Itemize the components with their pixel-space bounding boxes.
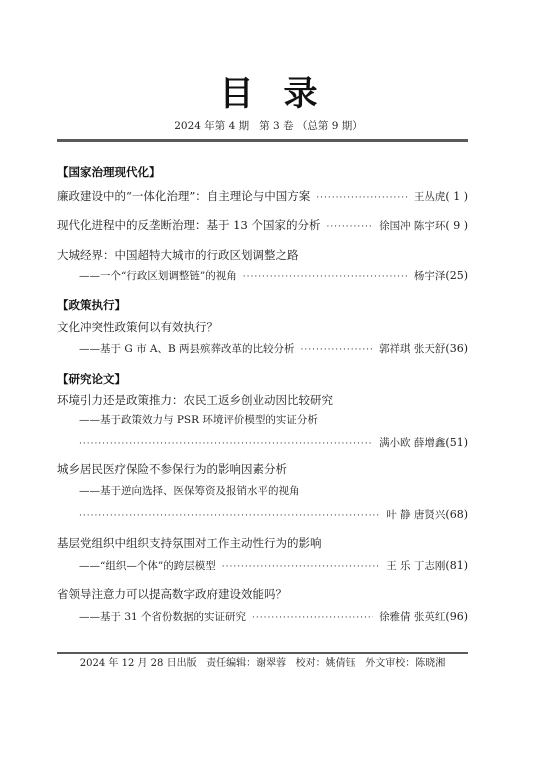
toc-entry-title[interactable]: 城乡居民医疗保险不参保行为的影响因素分析	[57, 462, 468, 477]
entry-subtitle: ——一个“行政区划调整链”的视角	[79, 269, 237, 284]
leader-dots	[79, 509, 380, 524]
entry-title: 城乡居民医疗保险不参保行为的影响因素分析	[57, 462, 287, 477]
entry-subtitle: ——基于政策效力与 PSR 环境评价模型的实证分析	[79, 413, 318, 428]
entry-page: (36)	[445, 341, 468, 356]
entry-authors: 徐国冲 陈宇环	[379, 219, 445, 234]
entry-page: (68)	[445, 507, 468, 522]
entry-page: ( 9 )	[445, 218, 468, 233]
entry-subtitle: ——基于 31 个省份数据的实证研究	[79, 610, 246, 625]
section-heading-national-governance: 【国家治理现代化】	[57, 165, 161, 179]
page-title: 目录	[0, 74, 537, 114]
section-heading-research-papers: 【研究论文】	[57, 372, 126, 386]
toc-entry-authors-line[interactable]: 叶 静 唐贤兴 (68)	[57, 507, 468, 524]
toc-entry-title[interactable]: 文化冲突性政策何以有效执行？	[57, 320, 468, 335]
top-divider	[57, 139, 468, 142]
entry-title: 现代化进程中的反垄断治理：基于 13 个国家的分析	[57, 218, 320, 233]
toc-entry[interactable]: 现代化进程中的反垄断治理：基于 13 个国家的分析 徐国冲 陈宇环 ( 9 )	[57, 218, 468, 235]
entry-page: ( 1 )	[445, 189, 468, 204]
entry-authors: 郭祥琪 张天舒	[379, 342, 445, 357]
entry-title: 文化冲突性政策何以有效执行？	[57, 320, 218, 335]
toc-entry-subtitle[interactable]: ——一个“行政区划调整链”的视角 杨宇泽 (25)	[57, 268, 468, 285]
toc-entry-title[interactable]: 省领导注意力可以提高数字政府建设效能吗？	[57, 587, 468, 602]
toc-entry-subtitle[interactable]: ——“组织—个体”的跨层模型 王 乐 丁志刚 (81)	[57, 558, 468, 575]
leader-dots	[252, 611, 373, 626]
issue-info: 2024 年第 4 期 第 3 卷 （总第 9 期）	[0, 119, 537, 133]
section-heading-policy-implementation: 【政策执行】	[57, 298, 126, 312]
entry-title: 环境引力还是政策推力：农民工返乡创业动因比较研究	[57, 393, 333, 408]
bottom-divider	[57, 652, 468, 654]
entry-subtitle: ——“组织—个体”的跨层模型	[79, 559, 216, 574]
entry-authors: 叶 静 唐贤兴	[386, 508, 445, 523]
toc-entry-subtitle[interactable]: ——基于逆向选择、医保筹资及报销水平的视角	[57, 484, 468, 499]
entry-page: (25)	[445, 268, 468, 283]
toc-entry-subtitle[interactable]: ——基于 31 个省份数据的实证研究 徐雅倩 张英红 (96)	[57, 609, 468, 626]
entry-subtitle: ——基于逆向选择、医保筹资及报销水平的视角	[79, 484, 300, 499]
entry-title: 基层党组织中组织支持氛围对工作主动性行为的影响	[57, 536, 322, 551]
entry-authors: 杨宇泽	[414, 269, 446, 284]
entry-subtitle: ——基于 G 市 A、B 两县殡葬改革的比较分析	[79, 342, 295, 357]
leader-dots	[243, 270, 408, 285]
leader-dots	[301, 343, 374, 358]
leader-dots	[316, 191, 408, 206]
toc-entry-title[interactable]: 环境引力还是政策推力：农民工返乡创业动因比较研究	[57, 393, 468, 408]
leader-dots	[79, 437, 373, 452]
entry-title: 大城经界：中国超特大城市的行政区划调整之路	[57, 248, 299, 263]
toc-entry[interactable]: 廉政建设中的“一体化治理”：自主理论与中国方案 王丛虎 ( 1 )	[57, 189, 468, 206]
entry-page: (81)	[445, 558, 468, 573]
toc-entry-subtitle[interactable]: ——基于政策效力与 PSR 环境评价模型的实证分析	[57, 413, 468, 428]
leader-dots	[222, 560, 380, 575]
entry-page: (96)	[445, 609, 468, 624]
toc-entry-title[interactable]: 大城经界：中国超特大城市的行政区划调整之路	[57, 248, 468, 263]
toc-entry-authors-line[interactable]: 满小欧 薛增鑫 (51)	[57, 435, 468, 452]
entry-authors: 王 乐 丁志刚	[386, 559, 445, 574]
entry-authors: 王丛虎	[414, 190, 446, 205]
entry-title: 廉政建设中的“一体化治理”：自主理论与中国方案	[57, 189, 310, 204]
toc-entry-subtitle[interactable]: ——基于 G 市 A、B 两县殡葬改革的比较分析 郭祥琪 张天舒 (36)	[57, 341, 468, 358]
entry-authors: 徐雅倩 张英红	[379, 610, 445, 625]
entry-page: (51)	[445, 435, 468, 450]
entry-title: 省领导注意力可以提高数字政府建设效能吗？	[57, 587, 287, 602]
entry-authors: 满小欧 薛增鑫	[379, 436, 445, 451]
leader-dots	[326, 220, 373, 235]
toc-entry-title[interactable]: 基层党组织中组织支持氛围对工作主动性行为的影响	[57, 536, 468, 551]
publication-info: 2024 年 12 月 28 日出版 责任编辑：谢翠蓉 校对：姚倩钰 外文审校：…	[57, 657, 468, 671]
